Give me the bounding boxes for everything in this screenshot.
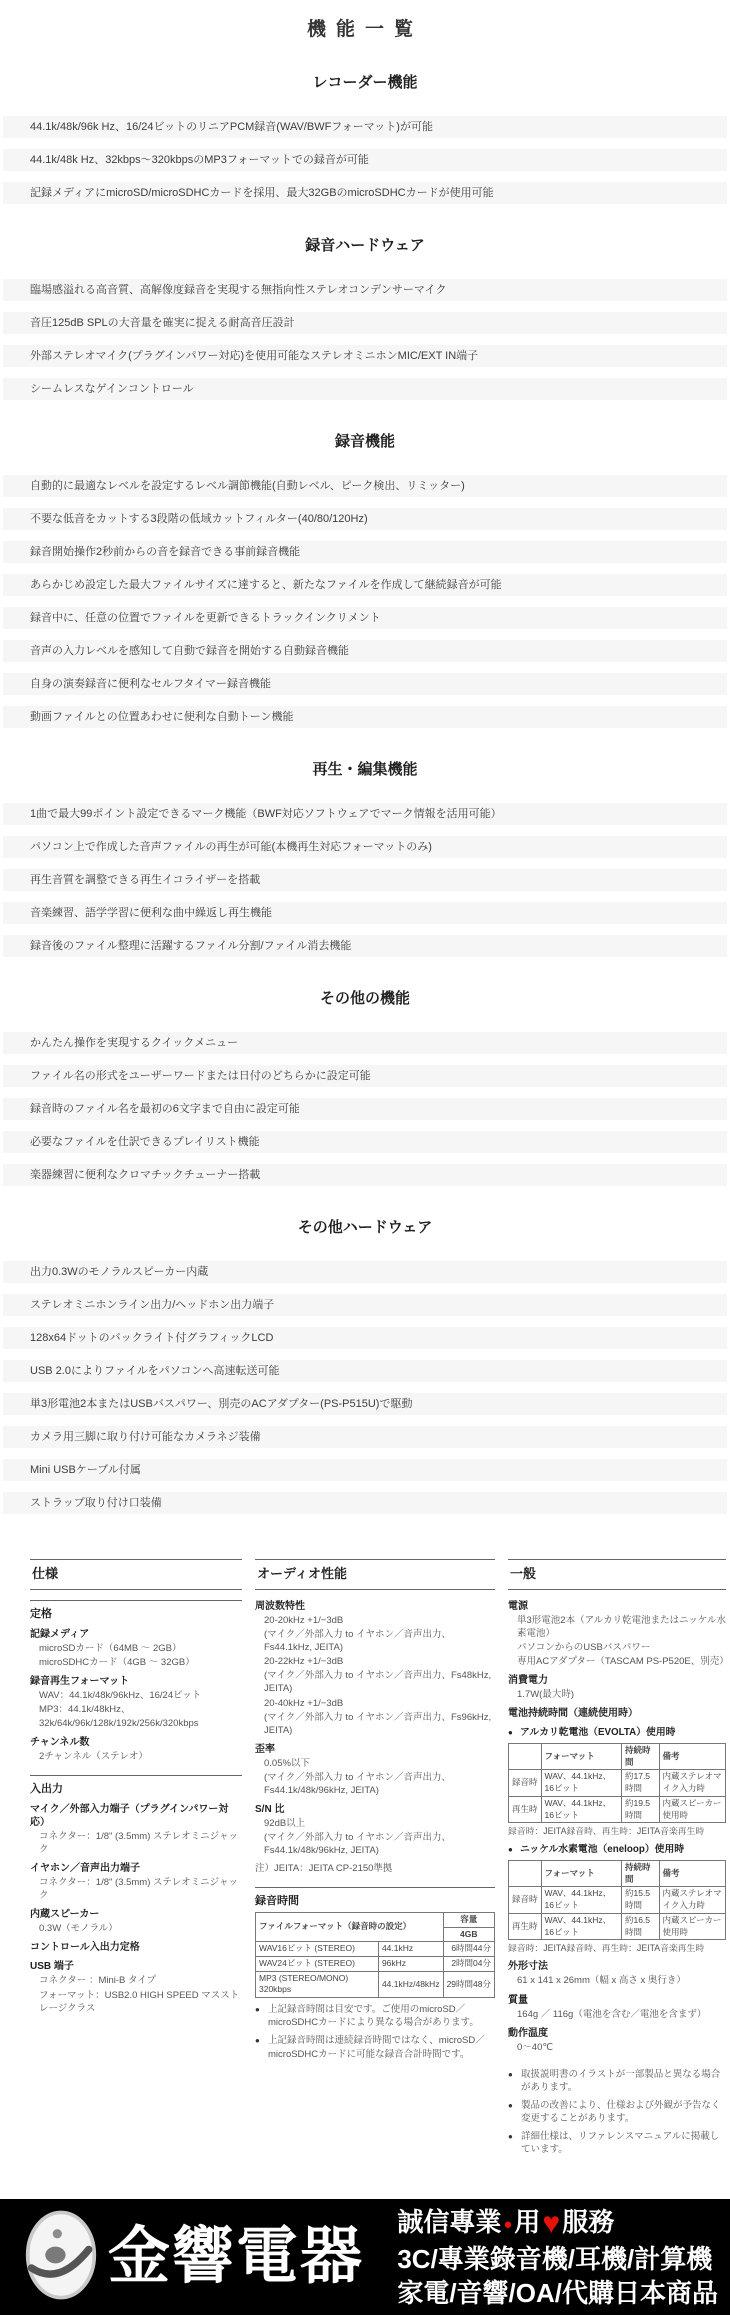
- page-title: 機能一覧: [0, 14, 730, 41]
- disclaimer-note: 詳細仕様は、リファレンスマニュアルに掲載しています。: [508, 2130, 726, 2156]
- disclaimer-note: 取扱説明書のイラストが一部製品と異なる場合があります。: [508, 2068, 726, 2094]
- spec-value: MP3：44.1k/48kHz、32k/64k/96k/128k/192k/25…: [39, 1703, 242, 1729]
- rec-table-capacity-value: 4GB: [443, 1927, 494, 1942]
- bat-col-format: フォーマット: [541, 1860, 621, 1886]
- feature-row: 単3形電池2本またはUSBバスパワー、別売のACアダプター(PS-P515U)で…: [3, 1393, 727, 1415]
- bat-col-empty: [509, 1744, 542, 1770]
- bat-remarks-cell: 内蔵ステレオマイク入力時: [659, 1887, 725, 1913]
- feature-row: ステレオミニホンライン出力/ヘッドホン出力端子: [3, 1294, 727, 1316]
- feature-section-other-functions: その他の機能 かんたん操作を実現するクイックメニューファイル名の形式をユーザーワ…: [0, 987, 730, 1186]
- retailer-tagline-block: 誠信專業●用♥服務 3C/專業錄音機/耳機/計算機 家電/音響/OA/代購日本商…: [397, 2205, 722, 2310]
- section-heading: その他の機能: [0, 987, 730, 1008]
- feature-row: 44.1k/48k/96k Hz、16/24ビットのリニアPCM録音(WAV/B…: [3, 116, 727, 138]
- table-row: 録音時 WAV、44.1kHz、16ビット 約15.5時間 内蔵ステレオマイク入…: [509, 1887, 726, 1913]
- spec-label: 電源: [508, 1600, 726, 1613]
- red-heart-icon: ♥: [542, 2207, 560, 2240]
- jeita-note: 注）JEITA：JEITA CP-2150準拠: [255, 1862, 495, 1875]
- feature-row: 音楽練習、語学学習に便利な曲中繰返し再生機能: [3, 902, 727, 924]
- spec-value: microSDカード（64MB ～ 2GB）: [39, 1642, 242, 1655]
- spec-group-title: 録音時間: [255, 1887, 495, 1909]
- bat-duration-cell: 約17.5時間: [621, 1770, 659, 1796]
- feature-row: 出力0.3Wのモノラルスピーカー内蔵: [3, 1261, 727, 1283]
- spec-value: コネクター ：Mini-B タイプ: [39, 1974, 242, 1987]
- feature-row: 必要なファイルを仕訳できるプレイリスト機能: [3, 1131, 727, 1153]
- feature-section-playback-editing: 再生・編集機能 1曲で最大99ポイント設定できるマーク機能（BWF対応ソフトウェ…: [0, 758, 730, 957]
- table-row: WAV24ビット (STEREO) 96kHz 2時間04分: [256, 1957, 495, 1972]
- bat-mode-cell: 録音時: [509, 1887, 542, 1913]
- table-row: 再生時 WAV、44.1kHz、16ビット 約16.5時間 内蔵スピーカー使用時: [509, 1913, 726, 1939]
- rec-rate-cell: 44.1kHz/48kHz: [378, 1971, 443, 1997]
- spec-value: (マイク／外部入力 to イヤホン／音声出力、Fs44.1k/48k/96kHz…: [264, 1831, 495, 1857]
- bat-mode-cell: 再生時: [509, 1796, 542, 1822]
- spec-column-audio: オーディオ性能 周波数特性 20-20kHz +1/−3dB(マイク／外部入力 …: [255, 1559, 495, 2066]
- bat-duration-cell: 約16.5時間: [621, 1913, 659, 1939]
- recording-time-table: ファイルフォーマット（録音時の設定） 容量 4GB WAV16ビット (STER…: [255, 1912, 495, 1998]
- feature-row: シームレスなゲインコントロール: [3, 378, 727, 400]
- retailer-brand-name: 金響電器: [108, 2226, 364, 2288]
- feature-row: 動画ファイルとの位置あわせに便利な自動トーン機能: [3, 706, 727, 728]
- rec-time-cell: 29時間48分: [443, 1971, 494, 1997]
- feature-row: 再生音質を調整できる再生イコライザーを搭載: [3, 869, 727, 891]
- section-heading: その他ハードウェア: [0, 1216, 730, 1237]
- spec-label: 質量: [508, 1994, 726, 2007]
- spec-label: 消費電力: [508, 1674, 726, 1687]
- bat-duration-cell: 約15.5時間: [621, 1887, 659, 1913]
- feature-row: 自動的に最適なレベルを設定するレベル調節機能(自動レベル、ピーク検出、リミッター…: [3, 475, 727, 497]
- feature-row: 外部ステレオマイク(プラグインパワー対応)を使用可能なステレオミニホンMIC/E…: [3, 345, 727, 367]
- feature-row: 録音開始操作2秒前からの音を録音できる事前録音機能: [3, 541, 727, 563]
- spec-label: 動作温度: [508, 2027, 726, 2040]
- rec-format-cell: WAV16ビット (STEREO): [256, 1942, 379, 1957]
- spec-column-header: オーディオ性能: [255, 1559, 495, 1590]
- battery-table-title: アルカリ乾電池（EVOLTA）使用時: [508, 1726, 726, 1740]
- spec-label: コントロール入出力定格: [30, 1941, 242, 1954]
- section-heading: 録音ハードウェア: [0, 234, 730, 255]
- rec-table-format-header: ファイルフォーマット（録音時の設定）: [256, 1912, 444, 1941]
- tagline-post: 服務: [562, 2207, 614, 2237]
- bat-mode-cell: 録音時: [509, 1770, 542, 1796]
- feature-row: 自身の演奏録音に便利なセルフタイマー録音機能: [3, 673, 727, 695]
- feature-row: カメラ用三脚に取り付け可能なカメラネジ装備: [3, 1426, 727, 1448]
- bat-format-cell: WAV、44.1kHz、16ビット: [541, 1770, 621, 1796]
- feature-section-recording-hardware: 録音ハードウェア 臨場感溢れる高音質、高解像度録音を実現する無指向性ステレオコン…: [0, 234, 730, 400]
- bat-col-duration: 持続時間: [621, 1860, 659, 1886]
- spec-group-title: 入出力: [30, 1775, 242, 1797]
- feature-row: ファイル名の形式をユーザーワードまたは日付のどちらかに設定可能: [3, 1065, 727, 1087]
- feature-row: 録音時のファイル名を最初の6文字まで自由に設定可能: [3, 1098, 727, 1120]
- tagline-mid: 用: [514, 2207, 540, 2237]
- battery-life-table-evolta: フォーマット 持続時間 備考 録音時 WAV、44.1kHz、16ビット 約17…: [508, 1743, 726, 1823]
- battery-table-note: 録音時：JEITA録音時、再生時：JEITA音楽再生時: [508, 1942, 726, 1954]
- feature-row: 記録メディアにmicroSD/microSDHCカードを採用、最大32GBのmi…: [3, 182, 727, 204]
- spec-value: microSDHCカード（4GB ～ 32GB）: [39, 1656, 242, 1669]
- section-heading: レコーダー機能: [0, 71, 730, 92]
- feature-row: Mini USBケーブル付属: [3, 1459, 727, 1481]
- spec-value: (マイク／外部入力 to イヤホン／音声出力、Fs44.1k/48k/96kHz…: [264, 1771, 495, 1797]
- spec-value: 164g ／ 116g（電池を含む／電池を含まず）: [517, 2008, 726, 2021]
- bat-duration-cell: 約19.5時間: [621, 1796, 659, 1822]
- feature-row: かんたん操作を実現するクイックメニュー: [3, 1032, 727, 1054]
- bat-format-cell: WAV、44.1kHz、16ビット: [541, 1796, 621, 1822]
- feature-row: 44.1k/48k Hz、32kbps～320kbpsのMP3フォーマットでの録…: [3, 149, 727, 171]
- spec-label: イヤホン／音声出力端子: [30, 1862, 242, 1875]
- spec-value: 0.05%以下: [264, 1757, 495, 1770]
- spec-column-header: 一般: [508, 1559, 726, 1590]
- disclaimer-note: 製品の改善により、仕様および外観が予告なく変更することがあります。: [508, 2099, 726, 2125]
- spec-label: 電池持続時間（連続使用時）: [508, 1707, 726, 1720]
- spec-column-general: 一般 電源 単3形電池2本（アルカリ乾電池またはニッケル水素電池）パソコンからの…: [508, 1559, 726, 2161]
- bat-remarks-cell: 内蔵ステレオマイク入力時: [659, 1770, 725, 1796]
- spec-value: 0.3W（モノラル）: [39, 1922, 242, 1935]
- spec-value: 20-40kHz +1/−3dB: [264, 1697, 495, 1710]
- battery-life-table-eneloop: フォーマット 持続時間 備考 録音時 WAV、44.1kHz、16ビット 約15…: [508, 1860, 726, 1940]
- spec-value: 61 x 141 x 26mm（幅 x 高さ x 奥行き）: [517, 1974, 726, 1987]
- spec-value: 0～40℃: [517, 2041, 726, 2054]
- tagline-pre: 誠信專業: [397, 2207, 501, 2237]
- feature-row: パソコン上で作成した音声ファイルの再生が可能(本機再生対応フォーマットのみ): [3, 836, 727, 858]
- table-row: 録音時 WAV、44.1kHz、16ビット 約17.5時間 内蔵ステレオマイク入…: [509, 1770, 726, 1796]
- rec-time-cell: 2時間04分: [443, 1957, 494, 1972]
- feature-row: 不要な低音をカットする3段階の低域カットフィルター(40/80/120Hz): [3, 508, 727, 530]
- feature-row: 楽器練習に便利なクロマチックチューナー搭載: [3, 1164, 727, 1186]
- feature-row: USB 2.0によりファイルをパソコンへ高速転送可能: [3, 1360, 727, 1382]
- retailer-logo-icon: [24, 2208, 98, 2307]
- feature-row: あらかじめ設定した最大ファイルサイズに達すると、新たなファイルを作成して継続録音…: [3, 574, 727, 596]
- battery-table-note: 録音時：JEITA録音時、再生時：JEITA音楽再生時: [508, 1825, 726, 1837]
- table-note: 上記録音時間は連続録音時間ではなく、microSD／microSDHCカードに可…: [255, 2034, 495, 2060]
- rec-format-cell: WAV24ビット (STEREO): [256, 1957, 379, 1972]
- bat-mode-cell: 再生時: [509, 1913, 542, 1939]
- rec-format-cell: MP3 (STEREO/MONO) 320kbps: [256, 1971, 379, 1997]
- spec-value: 20-20kHz +1/−3dB: [264, 1614, 495, 1627]
- feature-row: 録音中に、任意の位置でファイルを更新できるトラックインクリメント: [3, 607, 727, 629]
- rec-rate-cell: 44.1kHz: [378, 1942, 443, 1957]
- tagline-line2: 3C/專業錄音機/耳機/計算機: [397, 2244, 712, 2274]
- spec-label: 録音再生フォーマット: [30, 1675, 242, 1688]
- feature-row: 128x64ドットのバックライト付グラフィックLCD: [3, 1327, 727, 1349]
- spec-value: 2チャンネル（ステレオ）: [39, 1750, 242, 1763]
- spec-value: コネクター：1/8" (3.5mm) ステレオミニジャック: [39, 1876, 242, 1902]
- feature-section-recorder: レコーダー機能 44.1k/48k/96k Hz、16/24ビットのリニアPCM…: [0, 71, 730, 204]
- bat-remarks-cell: 内蔵スピーカー使用時: [659, 1913, 725, 1939]
- feature-row: 1曲で最大99ポイント設定できるマーク機能（BWF対応ソフトウェアでマーク情報を…: [3, 803, 727, 825]
- spec-label: チャンネル数: [30, 1736, 242, 1749]
- feature-section-other-hardware: その他ハードウェア 出力0.3Wのモノラルスピーカー内蔵ステレオミニホンライン出…: [0, 1216, 730, 1514]
- spec-label: 周波数特性: [255, 1600, 495, 1613]
- table-note: 上記録音時間は目安です。ご使用のmicroSD／microSDHCカードにより異…: [255, 2003, 495, 2029]
- spec-label: USB 端子: [30, 1960, 242, 1973]
- spec-value: 1.7W(最大時): [517, 1688, 726, 1701]
- spec-value: 92dB以上: [264, 1817, 495, 1830]
- red-dot-icon: ●: [503, 2216, 512, 2233]
- spec-column-ratings: 仕様 定格 記録メディア microSDカード（64MB ～ 2GB）micro…: [30, 1559, 242, 2016]
- spec-value: パソコンからのUSBバスパワー: [517, 1641, 726, 1654]
- section-heading: 録音機能: [0, 430, 730, 451]
- table-row: 再生時 WAV、44.1kHz、16ビット 約19.5時間 内蔵スピーカー使用時: [509, 1796, 726, 1822]
- feature-row: 音圧125dB SPLの大音量を確実に捉える耐高音圧設計: [3, 312, 727, 334]
- bat-col-remarks: 備考: [659, 1860, 725, 1886]
- feature-row: ストラップ取り付け口装備: [3, 1492, 727, 1514]
- table-row: WAV16ビット (STEREO) 44.1kHz 6時間44分: [256, 1942, 495, 1957]
- bat-col-empty: [509, 1860, 542, 1886]
- table-row: MP3 (STEREO/MONO) 320kbps 44.1kHz/48kHz …: [256, 1971, 495, 1997]
- spec-group-title: 定格: [30, 1600, 242, 1622]
- spec-label: 歪率: [255, 1743, 495, 1756]
- specifications-area: 仕様 定格 記録メディア microSDカード（64MB ～ 2GB）micro…: [0, 1525, 730, 2187]
- section-heading: 再生・編集機能: [0, 758, 730, 779]
- spec-value: 単3形電池2本（アルカリ乾電池またはニッケル水素電池）: [517, 1614, 726, 1640]
- feature-row: 録音後のファイル整理に活躍するファイル分割/ファイル消去機能: [3, 935, 727, 957]
- spec-value: 20-22kHz +1/−3dB: [264, 1655, 495, 1668]
- rec-time-cell: 6時間44分: [443, 1942, 494, 1957]
- tagline-line3: 家電/音響/OA/代購日本商品: [397, 2278, 718, 2308]
- spec-label: 外形寸法: [508, 1960, 726, 1973]
- battery-table-title: ニッケル水素電池（eneloop）使用時: [508, 1843, 726, 1857]
- bat-format-cell: WAV、44.1kHz、16ビット: [541, 1887, 621, 1913]
- bat-format-cell: WAV、44.1kHz、16ビット: [541, 1913, 621, 1939]
- feature-row: 音声の入力レベルを感知して自動で録音を開始する自動録音機能: [3, 640, 727, 662]
- bat-col-remarks: 備考: [659, 1744, 725, 1770]
- spec-label: 記録メディア: [30, 1628, 242, 1641]
- feature-row: 臨場感溢れる高音質、高解像度録音を実現する無指向性ステレオコンデンサーマイク: [3, 279, 727, 301]
- spec-value: 専用ACアダプター（TASCAM PS-P520E、別売）: [517, 1655, 726, 1668]
- spec-value: フォーマット：USB2.0 HIGH SPEED マスストレージクラス: [39, 1989, 242, 2015]
- spec-value: コネクター：1/8" (3.5mm) ステレオミニジャック: [39, 1830, 242, 1856]
- bat-col-duration: 持続時間: [621, 1744, 659, 1770]
- spec-label: S/N 比: [255, 1803, 495, 1816]
- bat-remarks-cell: 内蔵スピーカー使用時: [659, 1796, 725, 1822]
- tagline-line1: 誠信專業●用♥服務: [397, 2207, 614, 2237]
- spec-sheet-page: 機能一覧 レコーダー機能 44.1k/48k/96k Hz、16/24ビットのリ…: [0, 14, 730, 2315]
- spec-value: (マイク／外部入力 to イヤホン／音声出力、Fs44.1kHz, JEITA): [264, 1628, 495, 1654]
- feature-section-recording-functions: 録音機能 自動的に最適なレベルを設定するレベル調節機能(自動レベル、ピーク検出、…: [0, 430, 730, 728]
- rec-rate-cell: 96kHz: [378, 1957, 443, 1972]
- spec-value: (マイク／外部入力 to イヤホン／音声出力、Fs48kHz, JEITA): [264, 1669, 495, 1695]
- spec-label: 内蔵スピーカー: [30, 1908, 242, 1921]
- spec-column-header: 仕様: [30, 1559, 242, 1590]
- rec-table-capacity-header: 容量: [443, 1912, 494, 1927]
- spec-value: WAV：44.1k/48k/96kHz、16/24ビット: [39, 1689, 242, 1702]
- retailer-banner: 金響電器 誠信專業●用♥服務 3C/專業錄音機/耳機/計算機 家電/音響/OA/…: [0, 2199, 730, 2315]
- spec-label: マイク／外部入力端子（プラグインパワー対応）: [30, 1803, 242, 1829]
- bat-col-format: フォーマット: [541, 1744, 621, 1770]
- spec-value: (マイク／外部入力 to イヤホン／音声出力、Fs96kHz, JEITA): [264, 1711, 495, 1737]
